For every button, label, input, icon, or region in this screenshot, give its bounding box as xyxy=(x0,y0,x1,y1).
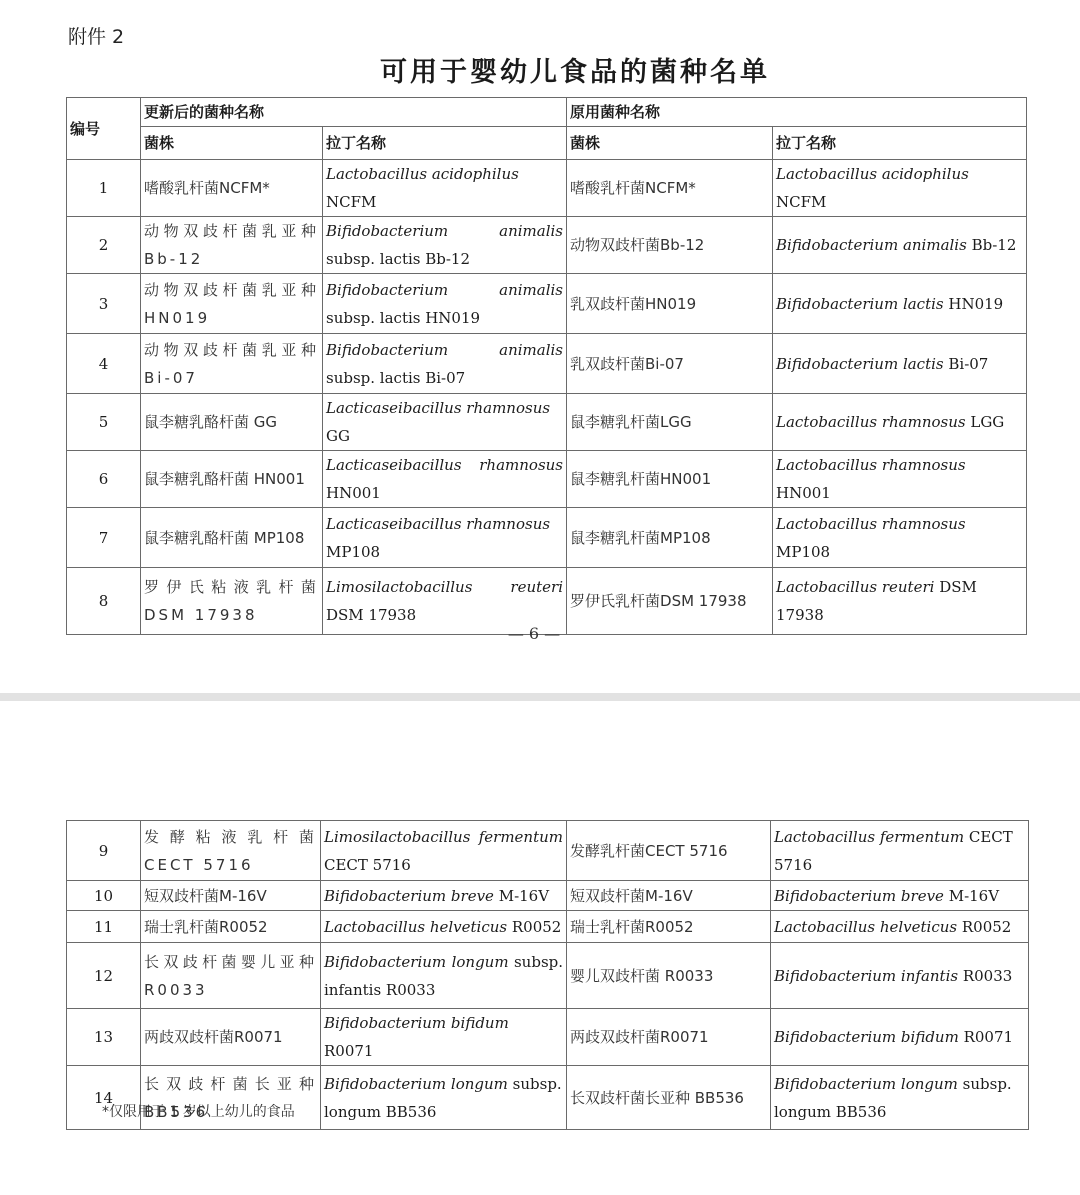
latin-genus-species: Lactobacillus rhamnosus xyxy=(776,413,966,431)
updated-strain-name: 鼠李糖乳酪杆菌 GG xyxy=(141,394,323,451)
latin-genus-species: Lactobacillus helveticus xyxy=(324,918,507,936)
latin-suffix: subsp. lactis HN019 xyxy=(326,309,480,327)
row-number: 12 xyxy=(67,943,141,1009)
row-number: 9 xyxy=(67,821,141,881)
updated-strain-name: 发酵粘液乳杆菌 CECT 5716 xyxy=(141,821,321,881)
row-number: 6 xyxy=(67,451,141,508)
latin-suffix: DSM 17938 xyxy=(326,606,416,624)
header-updated-latin: 拉丁名称 xyxy=(323,127,567,160)
table-row: 5鼠李糖乳酪杆菌 GGLacticaseibacillus rhamnosus … xyxy=(67,394,1027,451)
latin-suffix: GG xyxy=(326,427,350,445)
updated-strain-name: 鼠李糖乳酪杆菌 MP108 xyxy=(141,508,323,568)
latin-genus-species: Bifidobacterium lactis xyxy=(776,295,944,313)
table-row: 9发酵粘液乳杆菌 CECT 5716Limosilactobacillus fe… xyxy=(67,821,1029,881)
original-latin-name: Bifidobacterium longum subsp. longum BB5… xyxy=(771,1066,1029,1130)
latin-genus-species: Bifidobacterium infantis xyxy=(774,967,958,985)
table-row: 7鼠李糖乳酪杆菌 MP108Lacticaseibacillus rhamnos… xyxy=(67,508,1027,568)
original-latin-name: Lactobacillus rhamnosus MP108 xyxy=(773,508,1027,568)
original-strain-name: 嗜酸乳杆菌NCFM* xyxy=(567,160,773,217)
header-original-latin: 拉丁名称 xyxy=(773,127,1027,160)
updated-latin-name: Bifidobacterium longum subsp. infantis R… xyxy=(321,943,567,1009)
original-latin-name: Bifidobacterium lactis Bi-07 xyxy=(773,334,1027,394)
updated-latin-name: Lactobacillus helveticus R0052 xyxy=(321,911,567,943)
table-row: 10短双歧杆菌M-16VBifidobacterium breve M-16V短… xyxy=(67,881,1029,911)
original-strain-name: 发酵乳杆菌CECT 5716 xyxy=(567,821,771,881)
updated-latin-name: Bifidobacterium animalis subsp. lactis H… xyxy=(323,274,567,334)
row-number: 11 xyxy=(67,911,141,943)
updated-latin-name: Lacticaseibacillus rhamnosus MP108 xyxy=(323,508,567,568)
latin-genus-species: Lactobacillus acidophilus xyxy=(776,165,969,183)
original-latin-name: Bifidobacterium bifidum R0071 xyxy=(771,1009,1029,1066)
latin-suffix: HN001 xyxy=(326,484,381,502)
table-row: 1嗜酸乳杆菌NCFM*Lactobacillus acidophilus NCF… xyxy=(67,160,1027,217)
row-number: 7 xyxy=(67,508,141,568)
latin-suffix: M-16V xyxy=(944,887,999,905)
latin-genus-species: Lacticaseibacillus rhamnosus xyxy=(326,515,550,533)
latin-genus-species: Bifidobacterium animalis xyxy=(326,341,563,359)
latin-genus-species: Lacticaseibacillus rhamnosus xyxy=(326,399,550,417)
original-strain-name: 长双歧杆菌长亚种 BB536 xyxy=(567,1066,771,1130)
row-number: 2 xyxy=(67,217,141,274)
latin-genus-species: Bifidobacterium animalis xyxy=(326,222,563,240)
latin-genus-species: Lacticaseibacillus rhamnosus xyxy=(326,456,563,474)
original-latin-name: Lactobacillus fermentum CECT 5716 xyxy=(771,821,1029,881)
latin-genus-species: Lactobacillus rhamnosus xyxy=(776,456,966,474)
table-row: 11瑞士乳杆菌R0052Lactobacillus helveticus R00… xyxy=(67,911,1029,943)
row-number: 3 xyxy=(67,274,141,334)
original-strain-name: 两歧双歧杆菌R0071 xyxy=(567,1009,771,1066)
updated-latin-name: Bifidobacterium longum subsp. longum BB5… xyxy=(321,1066,567,1130)
latin-genus-species: Bifidobacterium lactis xyxy=(776,355,944,373)
strain-table-part-2: 9发酵粘液乳杆菌 CECT 5716Limosilactobacillus fe… xyxy=(66,820,1029,1130)
header-original-names: 原用菌种名称 xyxy=(567,98,1027,127)
updated-latin-name: Lactobacillus acidophilus NCFM xyxy=(323,160,567,217)
updated-latin-name: Bifidobacterium animalis subsp. lactis B… xyxy=(323,217,567,274)
latin-genus-species: Bifidobacterium breve xyxy=(324,887,494,905)
header-original-strain: 菌株 xyxy=(567,127,773,160)
header-updated-strain: 菌株 xyxy=(141,127,323,160)
latin-genus-species: Lactobacillus rhamnosus xyxy=(776,515,966,533)
table-body-part-1: 1嗜酸乳杆菌NCFM*Lactobacillus acidophilus NCF… xyxy=(67,160,1027,635)
row-number: 10 xyxy=(67,881,141,911)
attachment-label: 附件 2 xyxy=(68,22,124,49)
latin-suffix: NCFM xyxy=(776,193,826,211)
updated-latin-name: Bifidobacterium breve M-16V xyxy=(321,881,567,911)
original-latin-name: Lactobacillus rhamnosus LGG xyxy=(773,394,1027,451)
page-separator xyxy=(0,693,1080,701)
latin-suffix: Bb-12 xyxy=(967,236,1017,254)
page-number: — 6 — xyxy=(0,624,1068,643)
latin-suffix: Bi-07 xyxy=(944,355,989,373)
row-number: 13 xyxy=(67,1009,141,1066)
latin-suffix: R0033 xyxy=(958,967,1012,985)
original-latin-name: Bifidobacterium breve M-16V xyxy=(771,881,1029,911)
latin-suffix: HN001 xyxy=(776,484,831,502)
latin-genus-species: Lactobacillus reuteri xyxy=(776,578,934,596)
row-number: 4 xyxy=(67,334,141,394)
table-row: 4动物双歧杆菌乳亚种Bi-07Bifidobacterium animalis … xyxy=(67,334,1027,394)
original-strain-name: 瑞士乳杆菌R0052 xyxy=(567,911,771,943)
original-latin-name: Bifidobacterium animalis Bb-12 xyxy=(773,217,1027,274)
table-row: 12长双歧杆菌婴儿亚种R0033Bifidobacterium longum s… xyxy=(67,943,1029,1009)
latin-suffix: MP108 xyxy=(326,543,380,561)
updated-latin-name: Bifidobacterium bifidum R0071 xyxy=(321,1009,567,1066)
table-row: 2动物双歧杆菌乳亚种Bb-12Bifidobacterium animalis … xyxy=(67,217,1027,274)
original-strain-name: 婴儿双歧杆菌 R0033 xyxy=(567,943,771,1009)
latin-suffix: HN019 xyxy=(944,295,1004,313)
latin-genus-species: Lactobacillus helveticus xyxy=(774,918,957,936)
updated-latin-name: Limosilactobacillus fermentum CECT 5716 xyxy=(321,821,567,881)
latin-genus-species: Bifidobacterium breve xyxy=(774,887,944,905)
original-strain-name: 鼠李糖乳杆菌HN001 xyxy=(567,451,773,508)
latin-suffix: R0071 xyxy=(324,1042,373,1060)
latin-suffix: subsp. lactis Bi-07 xyxy=(326,369,465,387)
header-updated-names: 更新后的菌种名称 xyxy=(141,98,567,127)
latin-genus-species: Limosilactobacillus fermentum xyxy=(324,828,563,846)
latin-suffix: LGG xyxy=(966,413,1005,431)
latin-genus-species: Bifidobacterium longum xyxy=(324,953,509,971)
original-strain-name: 鼠李糖乳杆菌MP108 xyxy=(567,508,773,568)
updated-strain-name: 鼠李糖乳酪杆菌 HN001 xyxy=(141,451,323,508)
header-number: 编号 xyxy=(67,98,141,160)
original-latin-name: Bifidobacterium infantis R0033 xyxy=(771,943,1029,1009)
latin-genus-species: Bifidobacterium longum xyxy=(774,1075,958,1093)
table-row: 6鼠李糖乳酪杆菌 HN001Lacticaseibacillus rhamnos… xyxy=(67,451,1027,508)
latin-suffix: M-16V xyxy=(494,887,549,905)
latin-genus-species: Bifidobacterium animalis xyxy=(776,236,967,254)
updated-strain-name: 动物双歧杆菌乳亚种Bb-12 xyxy=(141,217,323,274)
latin-genus-species: Bifidobacterium bifidum xyxy=(324,1014,509,1032)
table-row: 3动物双歧杆菌乳亚种HN019Bifidobacterium animalis … xyxy=(67,274,1027,334)
latin-genus-species: Lactobacillus fermentum xyxy=(774,828,964,846)
updated-strain-name: 瑞士乳杆菌R0052 xyxy=(141,911,321,943)
latin-suffix: R0052 xyxy=(957,918,1011,936)
updated-strain-name: 长双歧杆菌婴儿亚种R0033 xyxy=(141,943,321,1009)
original-strain-name: 乳双歧杆菌HN019 xyxy=(567,274,773,334)
original-strain-name: 乳双歧杆菌Bi-07 xyxy=(567,334,773,394)
latin-genus-species: Limosilactobacillus reuteri xyxy=(326,578,563,596)
updated-latin-name: Lacticaseibacillus rhamnosus GG xyxy=(323,394,567,451)
latin-suffix: R0052 xyxy=(507,918,561,936)
footnote: *仅限用于 1 岁以上幼儿的食品 xyxy=(102,1101,295,1121)
original-strain-name: 短双歧杆菌M-16V xyxy=(567,881,771,911)
document-page-6: 附件 2 可用于婴幼儿食品的菌种名单 编号 更新后的菌种名称 原用菌种名称 菌株… xyxy=(0,0,1080,693)
strain-table-part-1: 编号 更新后的菌种名称 原用菌种名称 菌株 拉丁名称 菌株 拉丁名称 1嗜酸乳杆… xyxy=(66,97,1027,635)
updated-strain-name: 短双歧杆菌M-16V xyxy=(141,881,321,911)
latin-suffix: subsp. lactis Bb-12 xyxy=(326,250,470,268)
updated-latin-name: Bifidobacterium animalis subsp. lactis B… xyxy=(323,334,567,394)
latin-suffix: CECT 5716 xyxy=(324,856,411,874)
latin-genus-species: Bifidobacterium bifidum xyxy=(774,1028,959,1046)
table-row: 13两歧双歧杆菌R0071Bifidobacterium bifidum R00… xyxy=(67,1009,1029,1066)
latin-genus-species: Bifidobacterium animalis xyxy=(326,281,563,299)
updated-latin-name: Lacticaseibacillus rhamnosus HN001 xyxy=(323,451,567,508)
updated-strain-name: 嗜酸乳杆菌NCFM* xyxy=(141,160,323,217)
latin-genus-species: Bifidobacterium longum xyxy=(324,1075,508,1093)
page-title: 可用于婴幼儿食品的菌种名单 xyxy=(0,50,1080,89)
original-strain-name: 鼠李糖乳杆菌LGG xyxy=(567,394,773,451)
updated-strain-name: 动物双歧杆菌乳亚种Bi-07 xyxy=(141,334,323,394)
latin-suffix: R0071 xyxy=(959,1028,1013,1046)
row-number: 5 xyxy=(67,394,141,451)
original-latin-name: Lactobacillus helveticus R0052 xyxy=(771,911,1029,943)
updated-strain-name: 两歧双歧杆菌R0071 xyxy=(141,1009,321,1066)
table-body-part-2: 9发酵粘液乳杆菌 CECT 5716Limosilactobacillus fe… xyxy=(67,821,1029,1130)
original-latin-name: Bifidobacterium lactis HN019 xyxy=(773,274,1027,334)
row-number: 1 xyxy=(67,160,141,217)
latin-suffix: NCFM xyxy=(326,193,376,211)
original-latin-name: Lactobacillus rhamnosus HN001 xyxy=(773,451,1027,508)
updated-strain-name: 动物双歧杆菌乳亚种HN019 xyxy=(141,274,323,334)
latin-genus-species: Lactobacillus acidophilus xyxy=(326,165,519,183)
original-strain-name: 动物双歧杆菌Bb-12 xyxy=(567,217,773,274)
original-latin-name: Lactobacillus acidophilus NCFM xyxy=(773,160,1027,217)
latin-suffix: MP108 xyxy=(776,543,830,561)
